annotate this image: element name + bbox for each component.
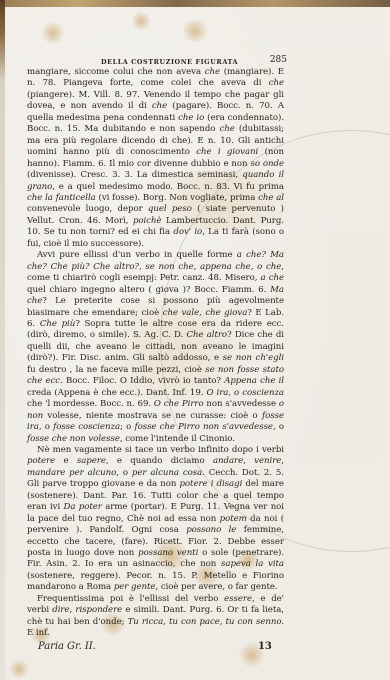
body-text: , e quando diciamo [106,456,213,466]
body-text: , e a quel medesimo modo. Bocc. n. 83. V… [52,182,284,192]
italic-quotation: dov' io [173,227,202,237]
body-text: e [55,456,77,466]
italic-quotation: potem [220,514,247,524]
italic-quotation: se non che [145,262,193,272]
foxing-stain [180,20,210,42]
book-page: DELLA COSTRUZIONE FIGURATA 285 mangiare,… [0,0,390,680]
body-text: mangiare, siccome colui che non aveva [27,67,205,77]
italic-quotation: appena che [200,262,251,272]
italic-quotation: Tu ricca, tu con pace, tu con senno. [128,617,284,627]
italic-quotation: fosse coscienza [53,422,120,432]
body-text: (divenisse). Cresc. 3. 3. La dimestica s… [27,170,242,180]
paragraph-2: Avvi pure ellissi d'un verbo in quelle f… [27,250,284,445]
italic-quotation: so onde [250,159,284,169]
body-text: , o [273,422,284,432]
running-head: DELLA COSTRUZIONE FIGURATA 285 [27,56,284,67]
body-text: E inf. [27,628,50,638]
italic-quotation: Da poter [64,502,102,512]
body-text: , [281,456,284,466]
italic-quotation: se non ch'egli [223,353,284,363]
signature-mark: Paria Gr. II. [38,641,96,652]
page-binding-edge [0,0,5,680]
italic-quotation: O ira, o coscienza [206,388,284,398]
italic-quotation: che al [258,193,284,203]
italic-quotation: che i giovani [196,147,258,157]
body-text: quel chiaro ingegno altero ( giova )? Bo… [27,285,270,295]
body-text: ; o [120,422,134,432]
italic-quotation: che [219,124,234,134]
paragraph-4: Frequentissima poi è l'ellissi del verbo… [27,594,284,640]
body-text: Bocc. Filoc. O Iddio, vivrò io tanto? [63,376,224,386]
italic-quotation: sapere [77,456,106,466]
paragraph-1: mangiare, siccome colui che non aveva ch… [27,67,284,250]
running-head-title: DELLA COSTRUZIONE FIGURATA [101,57,238,68]
body-text: Nè men vagamente si tace un verbo infini… [37,445,284,455]
italic-quotation: a che [261,273,284,283]
gathering-number: 13 [258,641,272,652]
italic-quotation: che [269,78,284,88]
italic-quotation: Che più [40,319,75,329]
italic-quotation: possono le [186,525,236,535]
italic-quotation: sapeva la vita [221,559,284,569]
body-text: , o [116,468,132,478]
italic-quotation: o che [257,262,281,272]
body-text: creda (Appena è che ecc.). Dant. Inf. 19… [27,388,206,398]
italic-quotation: venire [254,456,281,466]
body-text: non s'avvedesse [204,399,279,409]
italic-quotation: andare [213,456,243,466]
body-text: Avvi pure ellissi d'un verbo in quelle f… [37,250,237,260]
body-text: (vi fosse). Borg. Non vogliate, prima [96,193,258,203]
text-column: DELLA COSTRUZIONE FIGURATA 285 mangiare,… [27,56,284,655]
foxing-stain [8,660,30,678]
body-text: fu destro , la ne faceva mille pezzi, ci… [27,365,205,375]
italic-quotation: fosse che Pirro non s'avvedesse [134,422,273,432]
body-text: , [243,456,254,466]
italic-quotation: che [152,101,167,111]
italic-quotation: potere [27,456,55,466]
foxing-stain [130,12,152,30]
italic-quotation: quel peso [148,204,192,214]
italic-quotation: rispondere [75,605,122,615]
page-top-edge [0,0,390,7]
italic-quotation: mandare per alcuno [27,468,116,478]
italic-quotation: che io [178,113,204,123]
body-text: volesse, niente mostrava se ne curasse: … [43,411,262,421]
body-text: convenevole luogo, depor [27,204,148,214]
italic-quotation: poichè [133,216,162,226]
body-text: , o [39,422,53,432]
italic-quotation: dire [52,605,69,615]
italic-quotation: che [205,67,220,77]
foxing-stain [40,22,66,44]
italic-quotation: Appena che il [224,376,284,386]
italic-quotation: O che Pirro [154,399,204,409]
body-text: Frequentissima poi è l'ellissi del verbo [37,594,224,604]
italic-quotation: possano venti [138,548,198,558]
body-text: che 'l mordesse. Bocc. n. 69. [27,399,154,409]
italic-quotation: per gente [114,582,156,592]
italic-quotation: Che altro [186,330,227,340]
italic-quotation: per alcuna cosa [132,468,202,478]
page-number: 285 [270,55,287,66]
italic-quotation: potere i disagi [179,479,242,489]
italic-quotation: fosse che non volesse [27,434,120,444]
body-text: , come l'intende il Cinonio. [120,434,235,444]
page-footer: Paria Gr. II. 13 [27,641,284,655]
italic-quotation: essere [224,594,252,604]
body-text: , cioè per avere, o far gente. [155,582,277,592]
paragraph-3: Nè men vagamente si tace un verbo infini… [27,445,284,594]
italic-quotation: che la fanticella [27,193,96,203]
italic-quotation: che vale, che giova [163,308,248,318]
